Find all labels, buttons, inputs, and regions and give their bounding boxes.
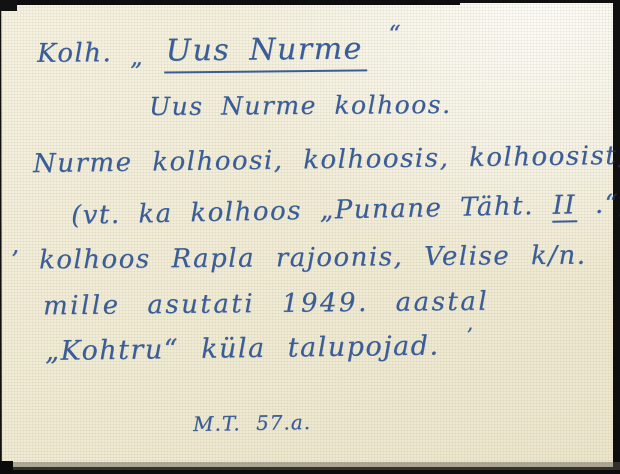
- scan-corner-bottom-left: [0, 461, 13, 474]
- subtitle-line: Uus Nurme kolhoos.: [149, 90, 452, 121]
- card-title-line: Kolh. „ Uus Nurme “: [37, 31, 399, 70]
- title-prefix: Kolh.: [37, 38, 113, 69]
- location-line: kolhoos Rapla rajoonis, Velise k/n.: [39, 241, 587, 276]
- scan-edge-top: [0, 0, 460, 5]
- archive-card-paper: Kolh. „ Uus Nurme “ Uus Nurme kolhoos. N…: [1, 3, 613, 467]
- reference-numeral: II: [551, 190, 577, 223]
- founders-end-mark: ’: [466, 323, 474, 347]
- founders-text: „Kohtru“ küla talupojad.: [45, 330, 440, 367]
- location-lead-mark: ’: [11, 246, 20, 274]
- scan-edge-right: [613, 0, 620, 474]
- title-open-quote: „: [130, 43, 144, 71]
- scan-edge-top-left-notch: [0, 0, 17, 11]
- title-close-quote: “: [388, 20, 402, 48]
- cross-reference-line: (vt. ka kolhoos „Punane Täht. II .“): [71, 189, 620, 231]
- scan-edge-bottom-shadow: [0, 462, 620, 470]
- reference-prefix: (vt. ka kolhoos „Punane Täht.: [71, 191, 552, 231]
- founders-line: „Kohtru“ küla talupojad. ’: [45, 330, 470, 367]
- scan-edge-left: [0, 0, 2, 474]
- grammatical-cases-line: Nurme kolhoosi, kolhoosis, kolhoosist,: [33, 141, 620, 179]
- title-kolkhoz-name: Uus Nurme: [164, 31, 368, 73]
- scanned-card-image: Kolh. „ Uus Nurme “ Uus Nurme kolhoos. N…: [0, 0, 620, 474]
- founding-year-line: mille asutati 1949. aastal: [43, 287, 489, 322]
- scan-edge-bottom: [0, 470, 620, 474]
- signature-initials: M.T. 57.a.: [193, 410, 311, 436]
